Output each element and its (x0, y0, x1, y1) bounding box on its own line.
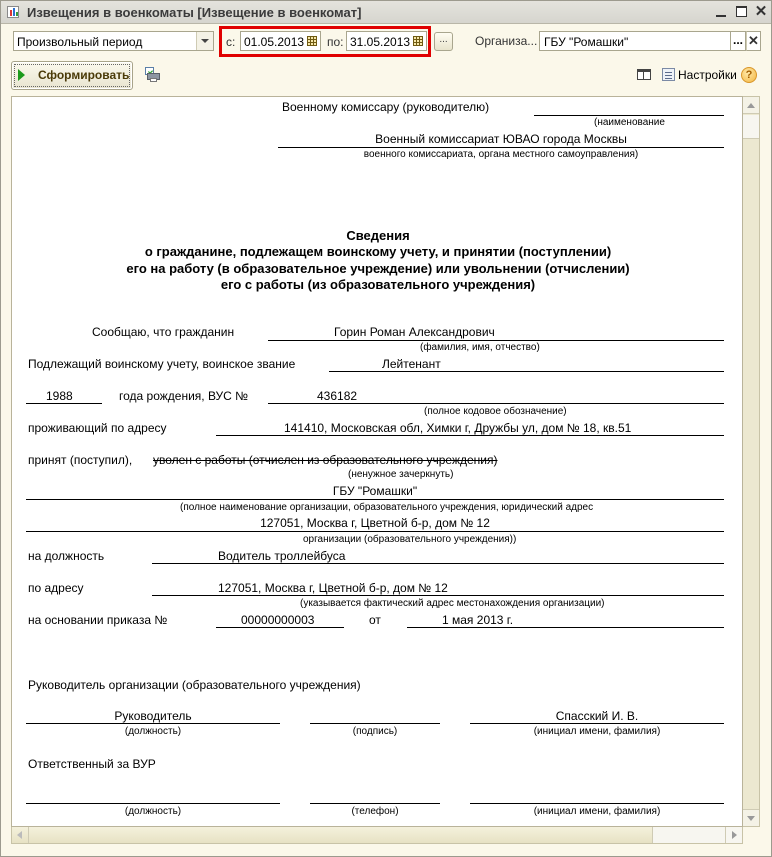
order-number: 00000000003 (241, 613, 314, 627)
from-calendar-button[interactable] (304, 31, 321, 51)
birth-year: 1988 (46, 389, 73, 403)
to-label: по: (327, 35, 344, 49)
horizontal-scroll-track[interactable] (652, 827, 726, 843)
scroll-down-icon[interactable] (743, 809, 759, 826)
vur-phone-hint: (телефон) (310, 806, 440, 817)
to-calendar-button[interactable] (410, 31, 427, 51)
close-button[interactable]: ✕ (753, 4, 769, 20)
order-date: 1 мая 2013 г. (442, 613, 513, 627)
vur-name-hint: (инициал имени, фамилия) (470, 806, 724, 817)
scroll-left-icon[interactable] (12, 827, 29, 843)
organization-input[interactable]: ГБУ "Ромашки" (539, 31, 731, 51)
horizontal-scrollbar[interactable] (11, 827, 743, 844)
head-position: Руководитель (26, 709, 280, 723)
vus-value: 436182 (317, 389, 357, 403)
work-address-hint: (указывается фактический адрес местонахо… (300, 598, 605, 609)
from-label: с: (226, 35, 235, 49)
to-commissar-label: Военному комиссару (руководителю) (282, 100, 489, 114)
horizontal-scroll-thumb[interactable] (29, 827, 649, 843)
settings-button[interactable]: Настройки (678, 68, 737, 82)
dismissed-struck: уволен с работы (отчислен из образовател… (153, 453, 498, 467)
rank-label: Подлежащий воинскому учету, воинское зва… (28, 357, 295, 371)
maximize-icon (736, 6, 747, 17)
generate-label: Сформировать (38, 68, 129, 82)
order-from-label: от (369, 613, 381, 627)
org-hint-2: организации (образовательного учреждения… (303, 534, 516, 545)
citizen-address: 141410, Московская обл, Химки г, Дружбы … (284, 421, 631, 435)
maximize-button[interactable] (733, 4, 749, 20)
calendar-icon (413, 36, 423, 46)
from-date-input[interactable]: 01.05.2013 (240, 31, 310, 51)
order-label: на основании приказа № (28, 613, 167, 627)
commissar-line (534, 115, 724, 116)
from-date-value: 01.05.2013 (244, 35, 304, 49)
generate-button[interactable]: Сформировать (11, 61, 133, 90)
vur-label: Ответственный за ВУР (28, 757, 156, 771)
report-document: Военному комиссару (руководителю) (наиме… (11, 96, 743, 827)
vus-hint: (полное кодовое обозначение) (424, 406, 567, 417)
commissariat-hint: военного комиссариата, органа местного с… (278, 149, 724, 160)
report-window: Извещения в военкоматы [Извещение в воен… (0, 0, 772, 857)
doc-title-3: его на работу (в образовательное учрежде… (12, 261, 743, 276)
play-icon (18, 69, 25, 81)
period-type-select[interactable]: Произвольный период (13, 31, 214, 51)
chevron-down-icon[interactable] (196, 32, 213, 50)
commissariat-name: Военный комиссариат ЮВАО города Москвы (278, 132, 724, 146)
calendar-icon (307, 36, 317, 46)
organization-value: ГБУ "Ромашки" (544, 35, 628, 49)
help-icon[interactable]: ? (741, 67, 757, 83)
period-type-value: Произвольный период (17, 35, 142, 49)
hired-label: принят (поступил), (28, 453, 132, 467)
vertical-scroll-thumb[interactable] (743, 115, 759, 139)
doc-title-1: Сведения (12, 228, 743, 243)
report-chart-icon (7, 6, 19, 18)
doc-title-2: о гражданине, подлежащем воинскому учету… (12, 244, 743, 259)
scroll-right-icon[interactable] (725, 827, 742, 843)
to-date-value: 31.05.2013 (350, 35, 410, 49)
name-hint: (наименование (594, 117, 665, 128)
to-date-input[interactable]: 31.05.2013 (346, 31, 416, 51)
head-signature-hint: (подпись) (310, 726, 440, 737)
head-label: Руководитель организации (образовательно… (28, 678, 361, 692)
position-value: Водитель троллейбуса (218, 549, 345, 563)
minimize-icon (716, 15, 726, 17)
vertical-scrollbar[interactable] (743, 96, 760, 827)
report-label: Сообщаю, что гражданин (92, 325, 234, 339)
scroll-up-icon[interactable] (743, 97, 759, 114)
org-legal-address: 127051, Москва г, Цветной б-р, дом № 12 (26, 516, 724, 530)
settings-list-icon[interactable] (662, 68, 675, 81)
org-hint-1: (полное наименование организации, образо… (180, 502, 593, 513)
organization-clear-button[interactable]: ✕ (746, 31, 761, 51)
citizen-full-name: Горин Роман Александрович (334, 325, 495, 339)
employer-name: ГБУ "Ромашки" (26, 484, 724, 498)
vur-position-hint: (должность) (26, 806, 280, 817)
title-bar: Извещения в военкоматы [Извещение в воен… (1, 1, 771, 24)
strike-hint: (ненужное зачеркнуть) (348, 469, 453, 480)
window-title: Извещения в военкоматы [Извещение в воен… (27, 5, 361, 20)
head-name: Спасский И. В. (470, 709, 724, 723)
rank-value: Лейтенант (382, 357, 441, 371)
birth-vus-label: года рождения, ВУС № (119, 389, 248, 403)
organization-select-button[interactable]: ... (731, 31, 746, 51)
choose-period-button[interactable]: ... (434, 32, 453, 51)
full-name-hint: (фамилия, имя, отчество) (420, 342, 540, 353)
head-name-hint: (инициал имени, фамилия) (470, 726, 724, 737)
work-address: 127051, Москва г, Цветной б-р, дом № 12 (218, 581, 448, 595)
clear-icon: ✕ (748, 33, 759, 48)
table-layout-icon[interactable] (637, 69, 651, 80)
organization-label: Организа... (475, 34, 537, 48)
print-preview-icon[interactable] (144, 67, 161, 82)
address-label: проживающий по адресу (28, 421, 167, 435)
position-label: на должность (28, 549, 104, 563)
close-icon: ✕ (755, 3, 768, 20)
head-position-hint: (должность) (26, 726, 280, 737)
doc-title-4: его с работы (из образовательного учрежд… (12, 277, 743, 292)
minimize-button[interactable] (713, 4, 729, 20)
work-address-label: по адресу (28, 581, 84, 595)
